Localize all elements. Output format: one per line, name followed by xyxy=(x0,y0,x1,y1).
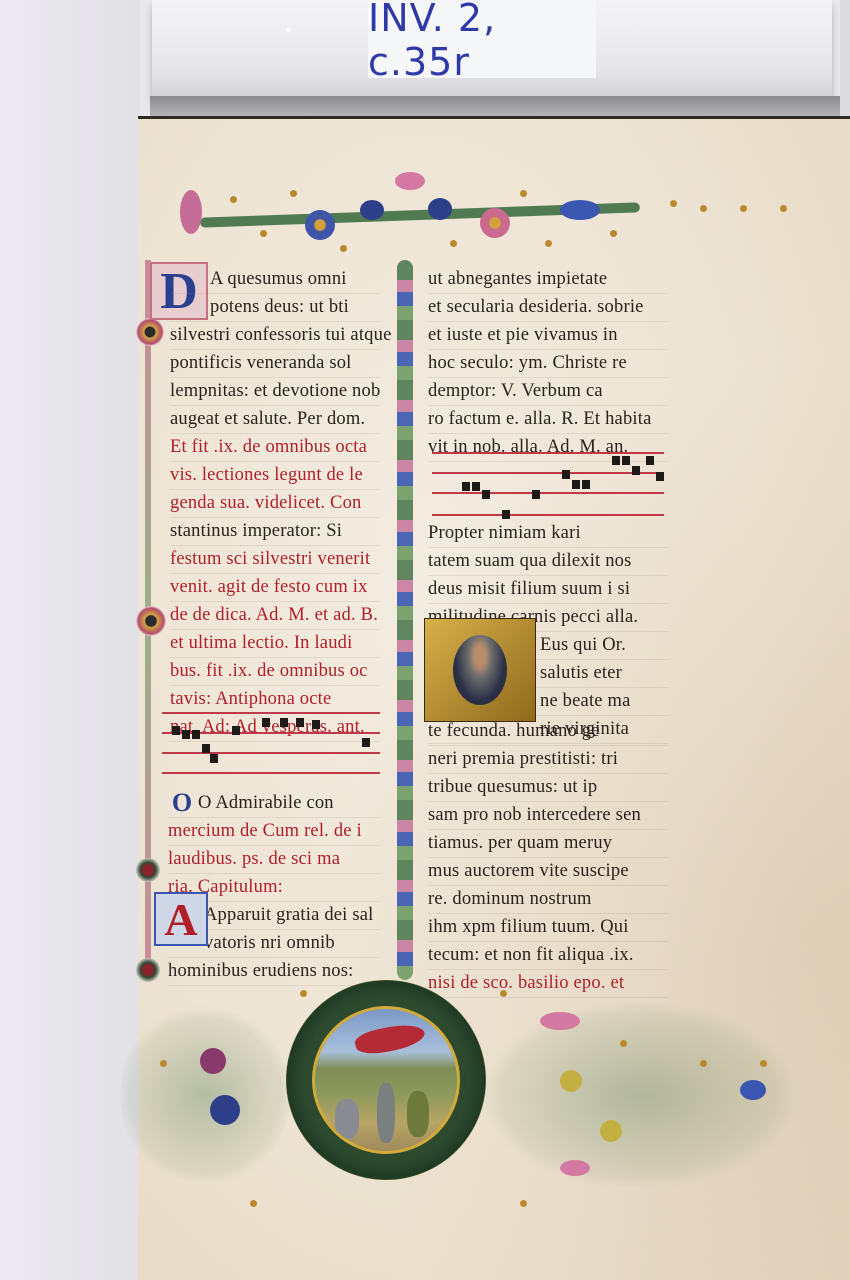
text-line: augeat et salute. Per dom. xyxy=(170,406,380,434)
text-line: ut abnegantes impietate xyxy=(428,266,668,294)
inventory-label: INV. 2, c.35r xyxy=(368,2,596,78)
text-line: te fecunda. humano ge xyxy=(428,718,668,746)
text-line: pontificis veneranda sol xyxy=(170,350,380,378)
gold-flower-icon xyxy=(600,1120,622,1142)
shepherd-figure xyxy=(377,1083,395,1143)
blue-flower-icon xyxy=(210,1095,240,1125)
text-line: stantinus imperator: Si xyxy=(170,518,380,546)
text-line: O Admirabile con xyxy=(168,790,380,818)
blue-flower-icon xyxy=(428,198,452,220)
text-line: tribue quesumus: ut ip xyxy=(428,774,668,802)
text-line: hominibus erudiens nos: xyxy=(168,958,380,986)
inventory-label-text: INV. 2, c.35r xyxy=(368,0,596,84)
pink-flower-icon xyxy=(560,1160,590,1176)
pink-flower-icon xyxy=(540,1012,580,1030)
rubric-line: et ultima lectio. In laudi xyxy=(170,630,380,658)
rubric-line: nisi de sco. basilio epo. et xyxy=(428,970,668,998)
text-line: demptor: V. Verbum ca xyxy=(428,378,668,406)
saint-portrait xyxy=(453,635,507,705)
right-column-text-bottom: te fecunda. humano ge neri premia presti… xyxy=(428,718,668,998)
rubric-line: laudibus. ps. de sci ma xyxy=(168,846,380,874)
background-left xyxy=(0,0,140,1280)
rubric-line: genda sua. videlicet. Con xyxy=(170,490,380,518)
rubric-line: vis. lectiones legunt de le xyxy=(170,462,380,490)
text-line: et iuste et pie vivamus in xyxy=(428,322,668,350)
music-staff-right xyxy=(432,452,664,512)
pink-flower-icon xyxy=(180,190,202,234)
rubric-line: mercium de Cum rel. de i xyxy=(168,818,380,846)
roundel-icon xyxy=(136,958,160,982)
rubric-line: bus. fit .ix. de omnibus oc xyxy=(170,658,380,686)
text-line: hoc seculo: ym. Christe re xyxy=(428,350,668,378)
pink-flower-icon xyxy=(395,172,425,190)
roundel-icon xyxy=(136,606,166,636)
purple-flower-icon xyxy=(200,1048,226,1074)
text-line: lempnitas: et devotione nob xyxy=(170,378,380,406)
text-line: Propter nimiam kari xyxy=(428,520,668,548)
text-line: deus misit filium suum i si xyxy=(428,576,668,604)
text-line: re. dominum nostrum xyxy=(428,886,668,914)
right-column-text: ut abnegantes impietate et secularia des… xyxy=(428,266,668,462)
foam-shadow xyxy=(150,96,840,118)
left-column-text-lower: O Admirabile con mercium de Cum rel. de … xyxy=(168,790,380,986)
text-line: sam pro nob intercedere sen xyxy=(428,802,668,830)
blue-flower-icon xyxy=(360,200,384,220)
decorated-initial-a: A xyxy=(154,892,208,946)
text-line: et secularia desideria. sobrie xyxy=(428,294,668,322)
rubric-line: Et fit .ix. de omnibus octa xyxy=(170,434,380,462)
rubric-line: festum sci silvestri venerit xyxy=(170,546,380,574)
roundel-icon xyxy=(136,858,160,882)
shepherd-figure xyxy=(407,1091,429,1137)
text-line: A quesumus omni xyxy=(170,266,380,294)
angel-figure xyxy=(353,1020,426,1058)
miniature-medallion xyxy=(286,980,486,1180)
blue-flower-icon xyxy=(740,1080,766,1100)
shepherd-figure xyxy=(335,1099,359,1139)
blue-flower-icon xyxy=(560,200,600,220)
rubric-line: de de dica. Ad. M. et ad. B. xyxy=(170,602,380,630)
text-line: tecum: et non fit aliqua .ix. xyxy=(428,942,668,970)
gold-flower-icon xyxy=(560,1070,582,1092)
text-line: neri premia prestitisti: tri xyxy=(428,746,668,774)
rubric-line: venit. agit de festo cum ix xyxy=(170,574,380,602)
angel-shepherds-scene xyxy=(312,1006,460,1154)
text-line: silvestri confessoris tui atque xyxy=(170,322,380,350)
text-line: mus auctorem vite suscipe xyxy=(428,858,668,886)
text-line: tiamus. per quam meruy xyxy=(428,830,668,858)
text-line: ro factum e. alla. R. Et habita xyxy=(428,406,668,434)
left-column-text: A quesumus omni potens deus: ut bti silv… xyxy=(170,266,380,742)
historiated-initial-d xyxy=(424,618,536,722)
text-line: potens deus: ut bti xyxy=(170,294,380,322)
music-staff-left xyxy=(162,712,380,772)
pink-flower-icon xyxy=(480,208,510,238)
text-line: ihm xpm filium tuum. Qui xyxy=(428,914,668,942)
rubric-line: tavis: Antiphona octe xyxy=(170,686,380,714)
blue-flower-icon xyxy=(305,210,335,240)
text-line: tatem suam qua dilexit nos xyxy=(428,548,668,576)
roundel-icon xyxy=(136,318,164,346)
